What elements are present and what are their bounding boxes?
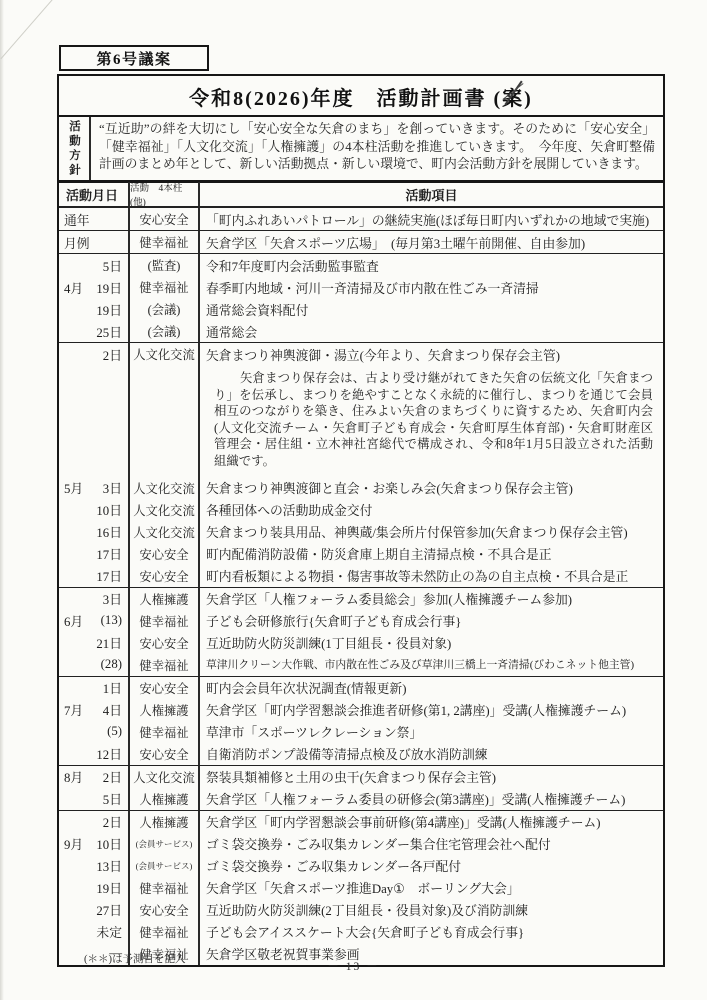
table-row: 2日人文化交流矢倉まつり神輿渡御・湯立(今年より、矢倉まつり保存会主管) [59, 343, 663, 365]
cell-pillar: 健幸福祉 [130, 877, 200, 899]
month-label: 月例 [64, 233, 90, 252]
preservation-society-description: 矢倉まつり保存会は、古より受け継がれてきた矢倉の伝統文化「矢倉まつり」を伝承し、… [206, 365, 659, 477]
cell-item: 通常総会資料配付 [200, 298, 663, 320]
month-label: 9月 [64, 834, 83, 853]
table-groups: 通年安心安全「町内ふれあいパトロール」の継続実施(ほぼ毎日町内いずれかの地域で実… [59, 208, 663, 965]
table-row: 2日人権擁護矢倉学区「町内学習懇談会事前研修(第4講座)」受講(人権擁護チーム) [59, 811, 663, 833]
cell-date: 2日 [59, 343, 130, 365]
day-label: 2日 [103, 812, 122, 831]
cell-date: 17日 [59, 543, 130, 565]
cell-pillar: (会員サービス) [130, 855, 200, 877]
cell-date: 月例 [59, 231, 130, 253]
table-row: 16日人文化交流矢倉まつり装具用品、神輿蔵/集会所片付保管参加(矢倉まつり保存会… [59, 521, 663, 543]
policy-section-label: 活動方針 [59, 117, 91, 181]
table-row: 7月4日人権擁護矢倉学区「町内学習懇談会推進者研修(第1, 2講座)」受講(人権… [59, 699, 663, 721]
day-label: 3日 [103, 478, 122, 497]
table-header-row: 活動月日 活動 4本柱(他) 活動項目 [59, 182, 663, 208]
cell-item: 自衛消防ポンプ設備等清掃点検及び放水消防訓練 [200, 743, 663, 765]
table-row: 19日健幸福祉矢倉学区「矢倉スポーツ推進Day① ボーリング大会」 [59, 877, 663, 899]
cell-pillar: 人権擁護 [130, 699, 200, 721]
cell-pillar: 安心安全 [130, 208, 200, 230]
cell-item: 通常総会 [200, 320, 663, 342]
cell-pillar: 人権擁護 [130, 788, 200, 810]
cell-pillar: 人文化交流 [130, 766, 200, 788]
month-group: 月例健幸福祉矢倉学区「矢倉スポーツ広場」 (毎月第3土曜午前開催、自由参加) [59, 231, 663, 254]
day-label: (28) [101, 657, 122, 672]
cell-date: 1日 [59, 677, 130, 699]
cell-item: 春季町内地域・河川一斉清掃及び市内散在性ごみ一斉清掃 [200, 276, 663, 298]
cell-date: 9月10日 [59, 833, 130, 855]
day-label: 27日 [96, 900, 122, 919]
table-row: 25日(会議)通常総会 [59, 320, 663, 342]
day-label: 12日 [96, 744, 122, 763]
month-group: 2日人権擁護矢倉学区「町内学習懇談会事前研修(第4講座)」受講(人権擁護チーム)… [59, 811, 663, 965]
cell-item: 矢倉まつり装具用品、神輿蔵/集会所片付保管参加(矢倉まつり保存会主管) [200, 521, 663, 543]
header-date-column: 活動月日 [59, 182, 130, 206]
table-row: (28)健幸福祉草津川クリーン大作戦、市内散在性ごみ及び草津川三橋上一斉清掃(び… [59, 654, 663, 676]
cell-pillar: 人文化交流 [130, 521, 200, 543]
scan-edge-shade [0, 0, 4, 1000]
cell-item: 矢倉学区「町内学習懇談会事前研修(第4講座)」受講(人権擁護チーム) [200, 811, 663, 833]
draft-paren-open: ( [493, 88, 502, 110]
table-row: 5日(監査)令和7年度町内会活動監事監査 [59, 254, 663, 276]
table-row: 21日安心安全互近助防火防災訓練(1丁目組長・役員対象) [59, 632, 663, 654]
month-group: 1日安心安全町内会会員年次状況調査(情報更新)7月4日人権擁護矢倉学区「町内学習… [59, 677, 663, 766]
cell-item: 矢倉まつり保存会は、古より受け継がれてきた矢倉の伝統文化「矢倉まつり」を伝承し、… [200, 365, 663, 477]
document-header: 令和8(2026)年度 活動計画書 (案) 活動方針 “互近助”の絆を大切にし「… [57, 74, 665, 183]
month-group: 5日(監査)令和7年度町内会活動監事監査4月19日健幸福祉春季町内地域・河川一斉… [59, 254, 663, 343]
policy-section: 活動方針 “互近助”の絆を大切にし「安心安全な矢倉のまち」を創っていきます。その… [59, 117, 663, 181]
table-row: 9月10日(会員サービス)ゴミ袋交換券・ごみ収集カレンダー集合住宅管理会社へ配付 [59, 833, 663, 855]
draft-paren-close: ) [524, 88, 533, 110]
cell-item: 矢倉学区「町内学習懇談会推進者研修(第1, 2講座)」受講(人権擁護チーム) [200, 699, 663, 721]
table-row: (5)健幸福祉草津市「スポーツレクレーション祭」 [59, 721, 663, 743]
cell-date: 16日 [59, 521, 130, 543]
table-row: 4月19日健幸福祉春季町内地域・河川一斉清掃及び市内散在性ごみ一斉清掃 [59, 276, 663, 298]
cell-item: 矢倉学区「矢倉スポーツ推進Day① ボーリング大会」 [200, 877, 663, 899]
cell-pillar: (会員サービス) [130, 833, 200, 855]
cell-pillar: 人権擁護 [130, 811, 200, 833]
table-row: 19日(会議)通常総会資料配付 [59, 298, 663, 320]
day-label: 16日 [96, 522, 122, 541]
policy-statement: “互近助”の絆を大切にし「安心安全な矢倉のまち」を創っていきます。そのために「安… [91, 117, 663, 181]
cell-date: 8月2日 [59, 766, 130, 788]
day-label: 25日 [96, 322, 122, 341]
cell-date: 19日 [59, 298, 130, 320]
cell-pillar: 健幸福祉 [130, 654, 200, 676]
cell-date: (5) [59, 721, 130, 743]
day-label: 10日 [96, 834, 122, 853]
day-label: (13) [101, 613, 122, 628]
month-group: 8月2日人文化交流祭装具類補修と土用の虫干(矢倉まつり保存会主管)5日人権擁護矢… [59, 766, 663, 811]
cell-date: 4月19日 [59, 276, 130, 298]
cell-pillar: 人文化交流 [130, 477, 200, 499]
day-label: 19日 [96, 300, 122, 319]
table-row-paragraph: 矢倉まつり保存会は、古より受け継がれてきた矢倉の伝統文化「矢倉まつり」を伝承し、… [59, 365, 663, 477]
cell-date: 10日 [59, 499, 130, 521]
cell-item: 町内配備消防設備・防災倉庫上期自主清掃点検・不具合是正 [200, 543, 663, 565]
cell-item: 子ども会研修旅行{矢倉町子ども育成会行事} [200, 610, 663, 632]
cell-date: 21日 [59, 632, 130, 654]
month-label: 8月 [64, 767, 83, 786]
cell-item: 祭装具類補修と土用の虫干(矢倉まつり保存会主管) [200, 766, 663, 788]
table-row: 未定健幸福祉子ども会アイススケート大会{矢倉町子ども育成会行事} [59, 921, 663, 943]
cell-item: 矢倉学区「人権フォーラム委員総会」参加(人権擁護チーム参加) [200, 588, 663, 610]
draft-char-struck: 案 [502, 82, 524, 111]
table-row: 5日人権擁護矢倉学区「人権フォーラム委員の研修会(第3講座)」受講(人権擁護チー… [59, 788, 663, 810]
table-row: 13日(会員サービス)ゴミ袋交換券・ごみ収集カレンダー各戸配付 [59, 855, 663, 877]
day-label: 10日 [96, 500, 122, 519]
day-label: 4日 [103, 700, 122, 719]
cell-pillar: 健幸福祉 [130, 276, 200, 298]
cell-date: 7月4日 [59, 699, 130, 721]
table-row: 17日安心安全町内看板類による物損・傷害事故等未然防止の為の自主点検・不具合是正 [59, 565, 663, 587]
table-row: 27日安心安全互近助防火防災訓練(2丁目組長・役員対象)及び消防訓練 [59, 899, 663, 921]
cell-item: 町内会会員年次状況調査(情報更新) [200, 677, 663, 699]
table-row: 月例健幸福祉矢倉学区「矢倉スポーツ広場」 (毎月第3土曜午前開催、自由参加) [59, 231, 663, 253]
cell-pillar: (会議) [130, 298, 200, 320]
day-label: 2日 [103, 767, 122, 786]
cell-pillar: 健幸福祉 [130, 921, 200, 943]
cell-pillar: 安心安全 [130, 543, 200, 565]
cell-date: 3日 [59, 588, 130, 610]
cell-pillar: 健幸福祉 [130, 610, 200, 632]
cell-pillar: (監査) [130, 254, 200, 276]
cell-item: 矢倉学区「矢倉スポーツ広場」 (毎月第3土曜午前開催、自由参加) [200, 231, 663, 253]
day-label: 17日 [96, 566, 122, 585]
day-label: 5日 [103, 256, 122, 275]
cell-pillar: 健幸福祉 [130, 721, 200, 743]
day-label: 13日 [96, 856, 122, 875]
day-label: 3日 [103, 589, 122, 608]
cell-date: 5月3日 [59, 477, 130, 499]
day-label: 1日 [103, 678, 122, 697]
table-row: 1日安心安全町内会会員年次状況調査(情報更新) [59, 677, 663, 699]
page-number: － 13 － [0, 958, 707, 974]
cell-item: 令和7年度町内会活動監事監査 [200, 254, 663, 276]
cell-item: ゴミ袋交換券・ごみ収集カレンダー各戸配付 [200, 855, 663, 877]
cell-date: 6月(13) [59, 610, 130, 632]
case-number-label: 第6号議案 [96, 48, 171, 69]
cell-date: 17日 [59, 565, 130, 587]
day-label: 17日 [96, 544, 122, 563]
case-number-box: 第6号議案 [59, 45, 209, 71]
cell-pillar: 安心安全 [130, 743, 200, 765]
month-label: 7月 [64, 700, 83, 719]
cell-item: 矢倉まつり神輿渡御と直会・お楽しみ会(矢倉まつり保存会主管) [200, 477, 663, 499]
cell-pillar: 安心安全 [130, 899, 200, 921]
table-row: 5月3日人文化交流矢倉まつり神輿渡御と直会・お楽しみ会(矢倉まつり保存会主管) [59, 477, 663, 499]
cell-pillar: (会議) [130, 320, 200, 342]
table-row: 10日人文化交流各種団体への活動助成金交付 [59, 499, 663, 521]
month-group: 3日人権擁護矢倉学区「人権フォーラム委員総会」参加(人権擁護チーム参加)6月(1… [59, 588, 663, 677]
cell-item: 互近助防火防災訓練(2丁目組長・役員対象)及び消防訓練 [200, 899, 663, 921]
cell-item: 「町内ふれあいパトロール」の継続実施(ほぼ毎日町内いずれかの地域で実施) [200, 208, 663, 230]
cell-date: 19日 [59, 877, 130, 899]
header-pillar-column: 活動 4本柱(他) [130, 182, 200, 206]
scan-scratch-artifact [0, 0, 57, 59]
day-label: 未定 [96, 922, 122, 941]
cell-item: 草津川クリーン大作戦、市内散在性ごみ及び草津川三橋上一斉清掃(びわこネット他主管… [200, 654, 663, 676]
cell-item: ゴミ袋交換券・ごみ収集カレンダー集合住宅管理会社へ配付 [200, 833, 663, 855]
day-label: (5) [107, 724, 122, 739]
cell-item: 町内看板類による物損・傷害事故等未然防止の為の自主点検・不具合是正 [200, 565, 663, 587]
cell-pillar: 人文化交流 [130, 343, 200, 365]
cell-date: (28) [59, 654, 130, 676]
cell-date: 5日 [59, 254, 130, 276]
document-title-text: 令和8(2026)年度 活動計画書 [189, 88, 486, 110]
cell-date: 5日 [59, 788, 130, 810]
cell-item: 互近助防火防災訓練(1丁目組長・役員対象) [200, 632, 663, 654]
document-title: 令和8(2026)年度 活動計画書 (案) [59, 76, 663, 117]
table-row: 6月(13)健幸福祉子ども会研修旅行{矢倉町子ども育成会行事} [59, 610, 663, 632]
month-label: 5月 [64, 478, 83, 497]
month-label: 6月 [64, 611, 83, 630]
day-label: 21日 [96, 633, 122, 652]
month-label: 通年 [64, 210, 90, 229]
cell-item: 各種団体への活動助成金交付 [200, 499, 663, 521]
cell-date: 通年 [59, 208, 130, 230]
table-row: 17日安心安全町内配備消防設備・防災倉庫上期自主清掃点検・不具合是正 [59, 543, 663, 565]
cell-item: 草津市「スポーツレクレーション祭」 [200, 721, 663, 743]
cell-pillar: 安心安全 [130, 677, 200, 699]
header-item-column: 活動項目 [200, 182, 663, 206]
cell-pillar [130, 365, 200, 477]
cell-date [59, 365, 130, 477]
cell-date: 12日 [59, 743, 130, 765]
cell-item: 矢倉学区「人権フォーラム委員の研修会(第3講座)」受講(人権擁護チーム) [200, 788, 663, 810]
cell-date: 2日 [59, 811, 130, 833]
table-row: 12日安心安全自衛消防ポンプ設備等清掃点検及び放水消防訓練 [59, 743, 663, 765]
cell-pillar: 安心安全 [130, 632, 200, 654]
month-group: 通年安心安全「町内ふれあいパトロール」の継続実施(ほぼ毎日町内いずれかの地域で実… [59, 208, 663, 231]
cell-date: 13日 [59, 855, 130, 877]
cell-date: 27日 [59, 899, 130, 921]
cell-pillar: 人権擁護 [130, 588, 200, 610]
cell-pillar: 健幸福祉 [130, 231, 200, 253]
cell-date: 未定 [59, 921, 130, 943]
cell-pillar: 安心安全 [130, 565, 200, 587]
month-group: 2日人文化交流矢倉まつり神輿渡御・湯立(今年より、矢倉まつり保存会主管)矢倉まつ… [59, 343, 663, 588]
month-label: 4月 [64, 278, 83, 297]
day-label: 19日 [96, 278, 122, 297]
day-label: 5日 [103, 789, 122, 808]
cell-item: 子ども会アイススケート大会{矢倉町子ども育成会行事} [200, 921, 663, 943]
cell-item: 矢倉まつり神輿渡御・湯立(今年より、矢倉まつり保存会主管) [200, 343, 663, 365]
table-row: 3日人権擁護矢倉学区「人権フォーラム委員総会」参加(人権擁護チーム参加) [59, 588, 663, 610]
activity-plan-table: 活動月日 活動 4本柱(他) 活動項目 通年安心安全「町内ふれあいパトロール」の… [57, 180, 665, 967]
day-label: 19日 [96, 878, 122, 897]
table-row: 通年安心安全「町内ふれあいパトロール」の継続実施(ほぼ毎日町内いずれかの地域で実… [59, 208, 663, 230]
cell-pillar: 人文化交流 [130, 499, 200, 521]
table-row: 8月2日人文化交流祭装具類補修と土用の虫干(矢倉まつり保存会主管) [59, 766, 663, 788]
day-label: 2日 [103, 345, 122, 364]
cell-date: 25日 [59, 320, 130, 342]
